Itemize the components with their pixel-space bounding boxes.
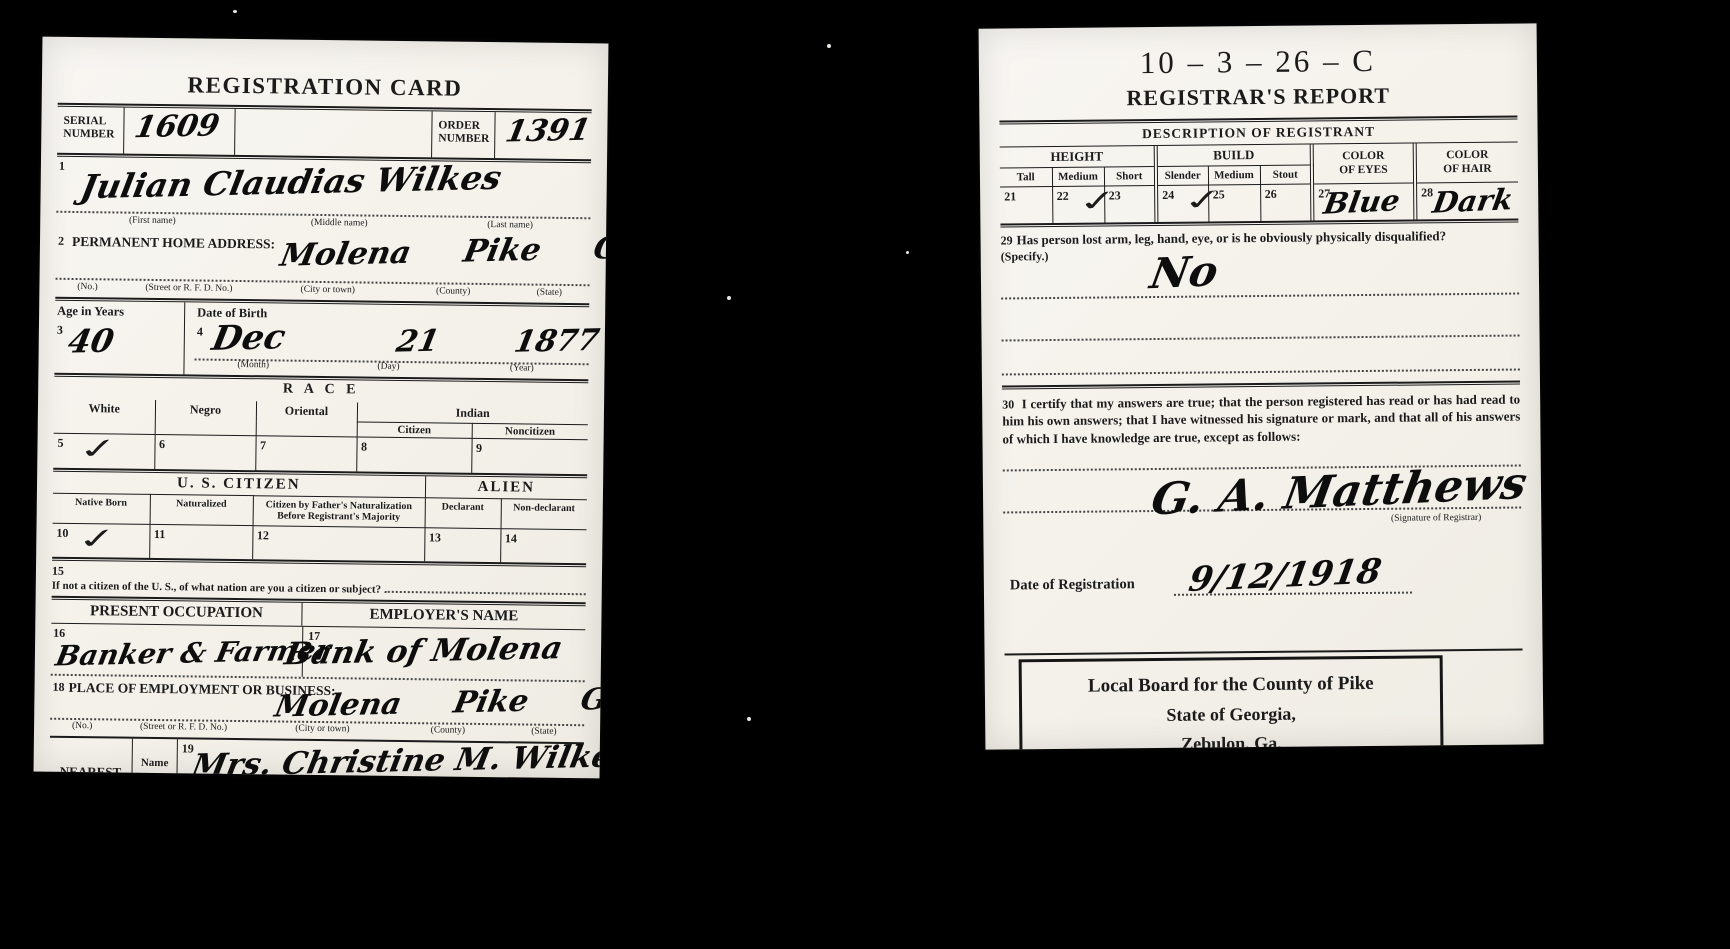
cell-number: 22 — [1057, 189, 1069, 204]
checkmark-icon: ✓ — [78, 438, 119, 461]
county-label: (County) — [397, 286, 509, 302]
race-col-negro: Negro — [155, 400, 256, 436]
cit-cell-nondeclarant: 14 — [500, 528, 586, 563]
write-line — [385, 583, 586, 595]
street-label: (Street or R. F. D. No.) — [114, 721, 253, 738]
dust-speck — [747, 717, 751, 721]
line-number: 3 — [57, 323, 63, 338]
present-occupation-header: PRESENT OCCUPATION — [51, 600, 302, 626]
non-declarant-label: Non-declarant — [501, 498, 587, 529]
medium-height-label: Medium — [1052, 167, 1104, 186]
age-label: Age in Years — [57, 304, 184, 321]
registrant-name-row: 1 Julian Claudias Wilkes — [56, 157, 591, 222]
cell-number: 9 — [476, 441, 482, 456]
registrar-signature-block: G. A. Matthews (Signature of Registrar) — [1003, 443, 1522, 566]
scanned-document-page: { "page": { "background": "#000000", "pa… — [0, 0, 1730, 949]
birth-day-handwriting: 21 — [394, 327, 442, 358]
stamp-line-3: Zebulon, Ga. — [1030, 732, 1432, 750]
date-of-registration-row: Date of Registration 9/12/1918 — [1004, 561, 1522, 606]
line-number: 4 — [197, 324, 203, 339]
line-number: 19 — [182, 741, 194, 756]
relative-name-label: Name — [132, 739, 177, 779]
cell-number: 13 — [429, 530, 441, 545]
registrant-name-handwriting: Julian Claudias Wilkes — [78, 161, 504, 203]
build-medium-cell: 25 — [1208, 184, 1260, 220]
cell-number: 23 — [1109, 188, 1121, 203]
write-line — [1002, 334, 1520, 341]
relative-entries: 19 Mrs. Christine M. Wilkes 20 Molena Pi… — [177, 739, 584, 778]
street-label: (Street or R. F. D. No.) — [119, 283, 258, 300]
cit-cell-naturalized: 11 — [149, 524, 252, 559]
height-tall-cell: 21 — [1000, 186, 1052, 222]
home-address-label: PERMANENT HOME ADDRESS: — [72, 234, 275, 252]
naturalized-label: Naturalized — [150, 494, 253, 525]
description-answer-row: 21 22✓ 23 24✓ 25 26 27Blue 28Dark — [1000, 182, 1518, 223]
race-col-oriental: Oriental — [256, 401, 357, 437]
dust-speck — [827, 44, 831, 48]
specify-label: (Specify.) — [1001, 244, 1519, 264]
color-of-eyes-header: COLOR OF EYES — [1312, 144, 1415, 184]
birth-month-handwriting: Dec — [209, 320, 288, 356]
state-label: (State) — [509, 287, 589, 303]
employers-name-header: EMPLOYER'S NAME — [302, 603, 585, 629]
employment-place-handwriting: Molena Pike Ga — [272, 685, 608, 723]
signature-caption: (Signature of Registrar) — [1391, 513, 1481, 524]
cit-cell-declarant: 13 — [424, 527, 500, 562]
cell-number: 7 — [260, 438, 266, 453]
race-answer-row: 5✓ 6 7 8 9 — [53, 433, 587, 474]
local-board-stamp-box: Local Board for the County of Pike State… — [1019, 655, 1444, 749]
nearest-relative-block: NEAREST RELATIVE Wife Name Address 19 Mr… — [49, 736, 584, 779]
alien-header: ALIEN — [425, 476, 587, 499]
occupation-values: 16 17 Banker & Farmer Bank of Molena — [51, 624, 586, 683]
cell-number: 28 — [1421, 185, 1433, 200]
cell-number: 21 — [1004, 189, 1016, 204]
order-number-label: ORDER NUMBER — [432, 111, 495, 158]
nearest-relative-side: NEAREST RELATIVE Wife — [49, 738, 132, 779]
card-title: REGISTRAR'S REPORT — [999, 82, 1517, 113]
registration-date-handwriting: 9/12/1918 — [1186, 555, 1383, 598]
home-address-handwriting: Molena Pike Ga — [278, 233, 609, 272]
nearest-relative-label: NEAREST RELATIVE — [49, 764, 131, 779]
month-label: (Month) — [184, 359, 322, 376]
height-medium-cell: 22✓ — [1052, 186, 1104, 222]
question-30: 30 I certify that my answers are true; t… — [1002, 390, 1520, 448]
declarant-label: Declarant — [425, 497, 501, 528]
race-cell-white: 5✓ — [53, 433, 154, 468]
card-title: REGISTRATION CARD — [58, 71, 592, 104]
question-29: 29 Has person lost arm, leg, hand, eye, … — [1000, 226, 1519, 347]
race-cell-indian-citizen: 8 — [356, 437, 471, 472]
stamp-line-2: State of Georgia, — [1030, 703, 1432, 728]
line-number: 2 — [58, 234, 64, 249]
build-header: BUILD — [1156, 145, 1312, 167]
city-label: (City or town) — [258, 284, 397, 301]
slender-label: Slender — [1156, 166, 1208, 185]
q29-answer-handwriting: No — [1147, 250, 1221, 295]
date-of-registration-label: Date of Registration — [1010, 576, 1135, 594]
tall-label: Tall — [1000, 167, 1052, 186]
color-of-hair-header: COLOR OF HAIR — [1415, 143, 1518, 183]
home-address-row: 2 PERMANENT HOME ADDRESS: Molena Pike Ga — [56, 230, 591, 289]
cell-number: 5 — [57, 436, 63, 451]
employer-handwriting: Bank of Molena — [282, 633, 565, 670]
race-cell-indian-noncitizen: 9 — [471, 438, 587, 473]
height-header: HEIGHT — [1000, 146, 1156, 168]
hair-color-handwriting: Dark — [1431, 185, 1516, 218]
cell-number: 26 — [1265, 187, 1277, 202]
stout-label: Stout — [1260, 165, 1312, 184]
write-line — [1002, 368, 1520, 375]
name-address-column: Name Address — [131, 739, 178, 779]
citizenship-answer-row: 10✓ 11 12 13 14 — [52, 523, 586, 564]
registrars-report-back: 10 – 3 – 26 – C REGISTRAR'S REPORT DESCR… — [979, 23, 1544, 749]
order-number-value: 1391 — [491, 112, 596, 160]
serial-number-value: 1609 — [120, 107, 240, 155]
medium-build-label: Medium — [1208, 166, 1260, 185]
cell-number: 12 — [257, 528, 269, 543]
cell-number: 24 — [1162, 188, 1174, 203]
cell-number: 6 — [159, 437, 165, 452]
race-table: White Negro Oriental Indian Citizen Nonc… — [53, 399, 588, 474]
eyes-color-cell: 27Blue — [1312, 183, 1415, 220]
rule-divider — [1005, 649, 1523, 656]
eyes-color-handwriting: Blue — [1322, 186, 1402, 218]
indian-citizen-label: Citizen — [357, 422, 472, 438]
question-29-text: Has person lost arm, leg, hand, eye, or … — [1017, 228, 1447, 247]
county-label: (County) — [392, 725, 504, 741]
question-15-text: If not a citizen of the U. S., of what n… — [52, 580, 381, 596]
hair-color-cell: 28Dark — [1415, 182, 1518, 219]
rule-divider — [1002, 380, 1520, 389]
serial-order-row: SERIAL NUMBER 1609 ORDER NUMBER 1391 — [57, 107, 592, 160]
citizen-by-father-label: Citizen by Father's Naturalization Befor… — [253, 495, 425, 527]
blank-cell — [235, 109, 432, 157]
line-number: 30 — [1002, 397, 1014, 411]
age-handwriting: 40 — [66, 325, 117, 358]
short-label: Short — [1104, 166, 1156, 185]
cell-number: 8 — [361, 439, 367, 454]
native-born-label: Native Born — [53, 493, 150, 524]
build-stout-cell: 26 — [1260, 184, 1312, 220]
race-cell-oriental: 7 — [255, 436, 356, 471]
birth-year-handwriting: 1877 — [512, 326, 602, 358]
classification-stamp: 10 – 3 – 26 – C — [999, 42, 1517, 83]
day-label: (Day) — [322, 361, 455, 378]
cell-number: 11 — [154, 526, 166, 541]
registration-card-front: REGISTRATION CARD SERIAL NUMBER 1609 ORD… — [34, 37, 609, 779]
year-label: (Year) — [455, 363, 588, 380]
checkmark-icon: ✓ — [77, 527, 118, 550]
no-label: (No.) — [55, 282, 119, 298]
race-col-white: White — [54, 399, 155, 435]
citizenship-table: U. S. CITIZEN ALIEN Native Born Naturali… — [52, 471, 587, 563]
build-slender-cell: 24✓ — [1156, 185, 1208, 221]
race-cell-negro: 6 — [154, 434, 255, 469]
dust-speck — [727, 296, 731, 300]
description-group-row: HEIGHT BUILD COLOR OF EYES COLOR OF HAIR — [1000, 143, 1518, 168]
dust-speck — [906, 251, 909, 254]
certification-text: I certify that my answers are true; that… — [1002, 391, 1520, 446]
height-short-cell: 23 — [1104, 185, 1156, 221]
line-number: 18 — [52, 680, 64, 695]
no-label: (No.) — [50, 721, 114, 737]
line-number: 1 — [59, 159, 65, 174]
indian-noncitizen-label: Noncitizen — [472, 423, 588, 439]
serial-number-label: SERIAL NUMBER — [57, 107, 124, 154]
relative-name-handwriting: Mrs. Christine M. Wilkes — [189, 741, 608, 778]
birthdate-cell: Date of Birth 4 Dec 21 1877 (Month) (Day… — [184, 302, 589, 379]
cell-number: 25 — [1213, 187, 1225, 202]
cit-cell-father: 12 — [252, 525, 424, 561]
cell-number: 14 — [505, 531, 517, 546]
cell-number: 10 — [56, 525, 68, 540]
write-line — [1001, 292, 1519, 299]
age-birthdate-row: Age in Years 3 40 Date of Birth 4 Dec 21… — [54, 301, 589, 380]
line-number: 29 — [1001, 233, 1013, 247]
description-table: HEIGHT BUILD COLOR OF EYES COLOR OF HAIR… — [1000, 143, 1519, 223]
dust-speck — [233, 10, 237, 13]
stamp-line-1: Local Board for the County of Pike — [1030, 673, 1432, 699]
city-label: (City or town) — [253, 723, 392, 740]
age-cell: Age in Years 3 40 — [54, 301, 185, 375]
employment-place-row: 18 PLACE OF EMPLOYMENT OR BUSINESS: Mole… — [50, 676, 585, 743]
cit-cell-native-born: 10✓ — [52, 523, 149, 558]
